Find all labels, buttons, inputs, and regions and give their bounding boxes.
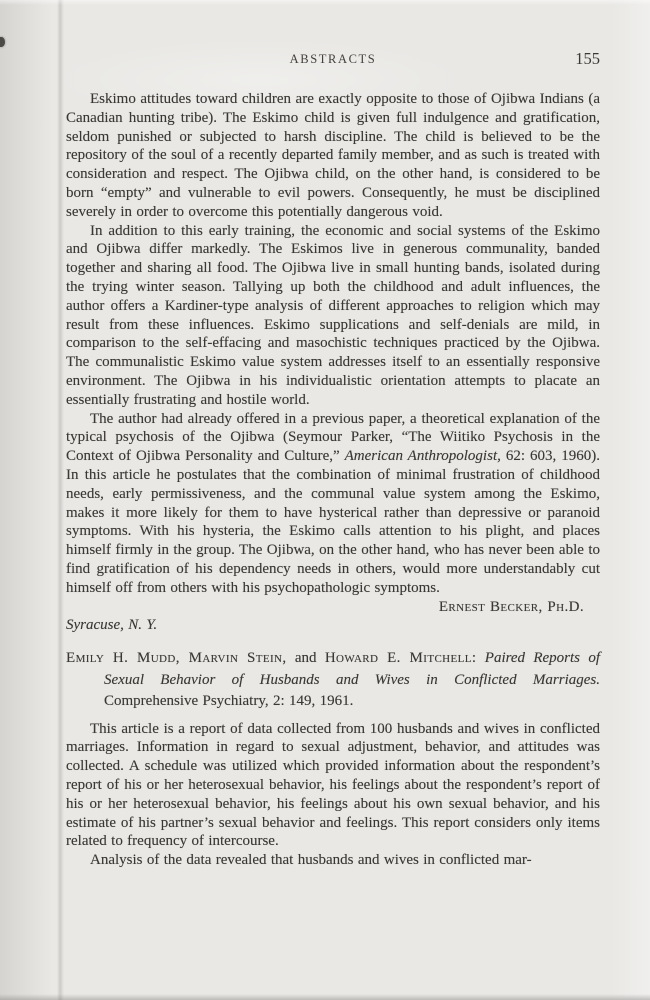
text-segment-smallcaps: Howard E. Mitchell: bbox=[325, 650, 477, 666]
text-segment-roman: This article is a report of data collect… bbox=[66, 721, 600, 850]
journal-page: ABSTRACTS 155 Eskimo attitudes toward ch… bbox=[0, 0, 650, 1000]
page-content: Eskimo attitudes toward children are exa… bbox=[66, 90, 600, 870]
body-paragraph: This article is a report of data collect… bbox=[66, 720, 600, 852]
text-segment-italic: American Anthropologist, bbox=[345, 448, 501, 464]
text-segment-roman: 62: 603, 1960). In this article he postu… bbox=[66, 448, 600, 596]
body-paragraph: Eskimo attitudes toward children are exa… bbox=[66, 90, 600, 222]
author-location: Syracuse, N. Y. bbox=[66, 616, 600, 635]
text-segment-roman: Analysis of the data revealed that husba… bbox=[90, 852, 532, 868]
running-title: ABSTRACTS bbox=[66, 52, 600, 67]
text-segment-roman: In addition to this early training, the … bbox=[66, 223, 600, 408]
body-paragraph: Analysis of the data revealed that husba… bbox=[66, 851, 600, 870]
text-segment-italic: Syracuse, N. Y. bbox=[66, 617, 157, 633]
text-segment-roman: Eskimo attitudes toward children are exa… bbox=[66, 91, 600, 220]
page-number: 155 bbox=[575, 49, 600, 69]
text-segment-roman: Comprehensive Psychiatry, 2: 149, 1961. bbox=[104, 693, 353, 709]
text-segment-smallcaps: Ernest Becker, Ph.D. bbox=[439, 599, 584, 615]
article-citation: Emily H. Mudd, Marvin Stein, and Howard … bbox=[66, 648, 600, 713]
text-segment-smallcaps: Emily H. Mudd, Marvin Stein, bbox=[66, 650, 287, 666]
author-signature: Ernest Becker, Ph.D. bbox=[66, 598, 600, 617]
body-paragraph: In addition to this early training, the … bbox=[66, 222, 600, 410]
running-head: ABSTRACTS 155 bbox=[66, 52, 600, 69]
text-segment-roman: and bbox=[287, 650, 325, 666]
body-paragraph: The author had already offered in a prev… bbox=[66, 410, 600, 598]
